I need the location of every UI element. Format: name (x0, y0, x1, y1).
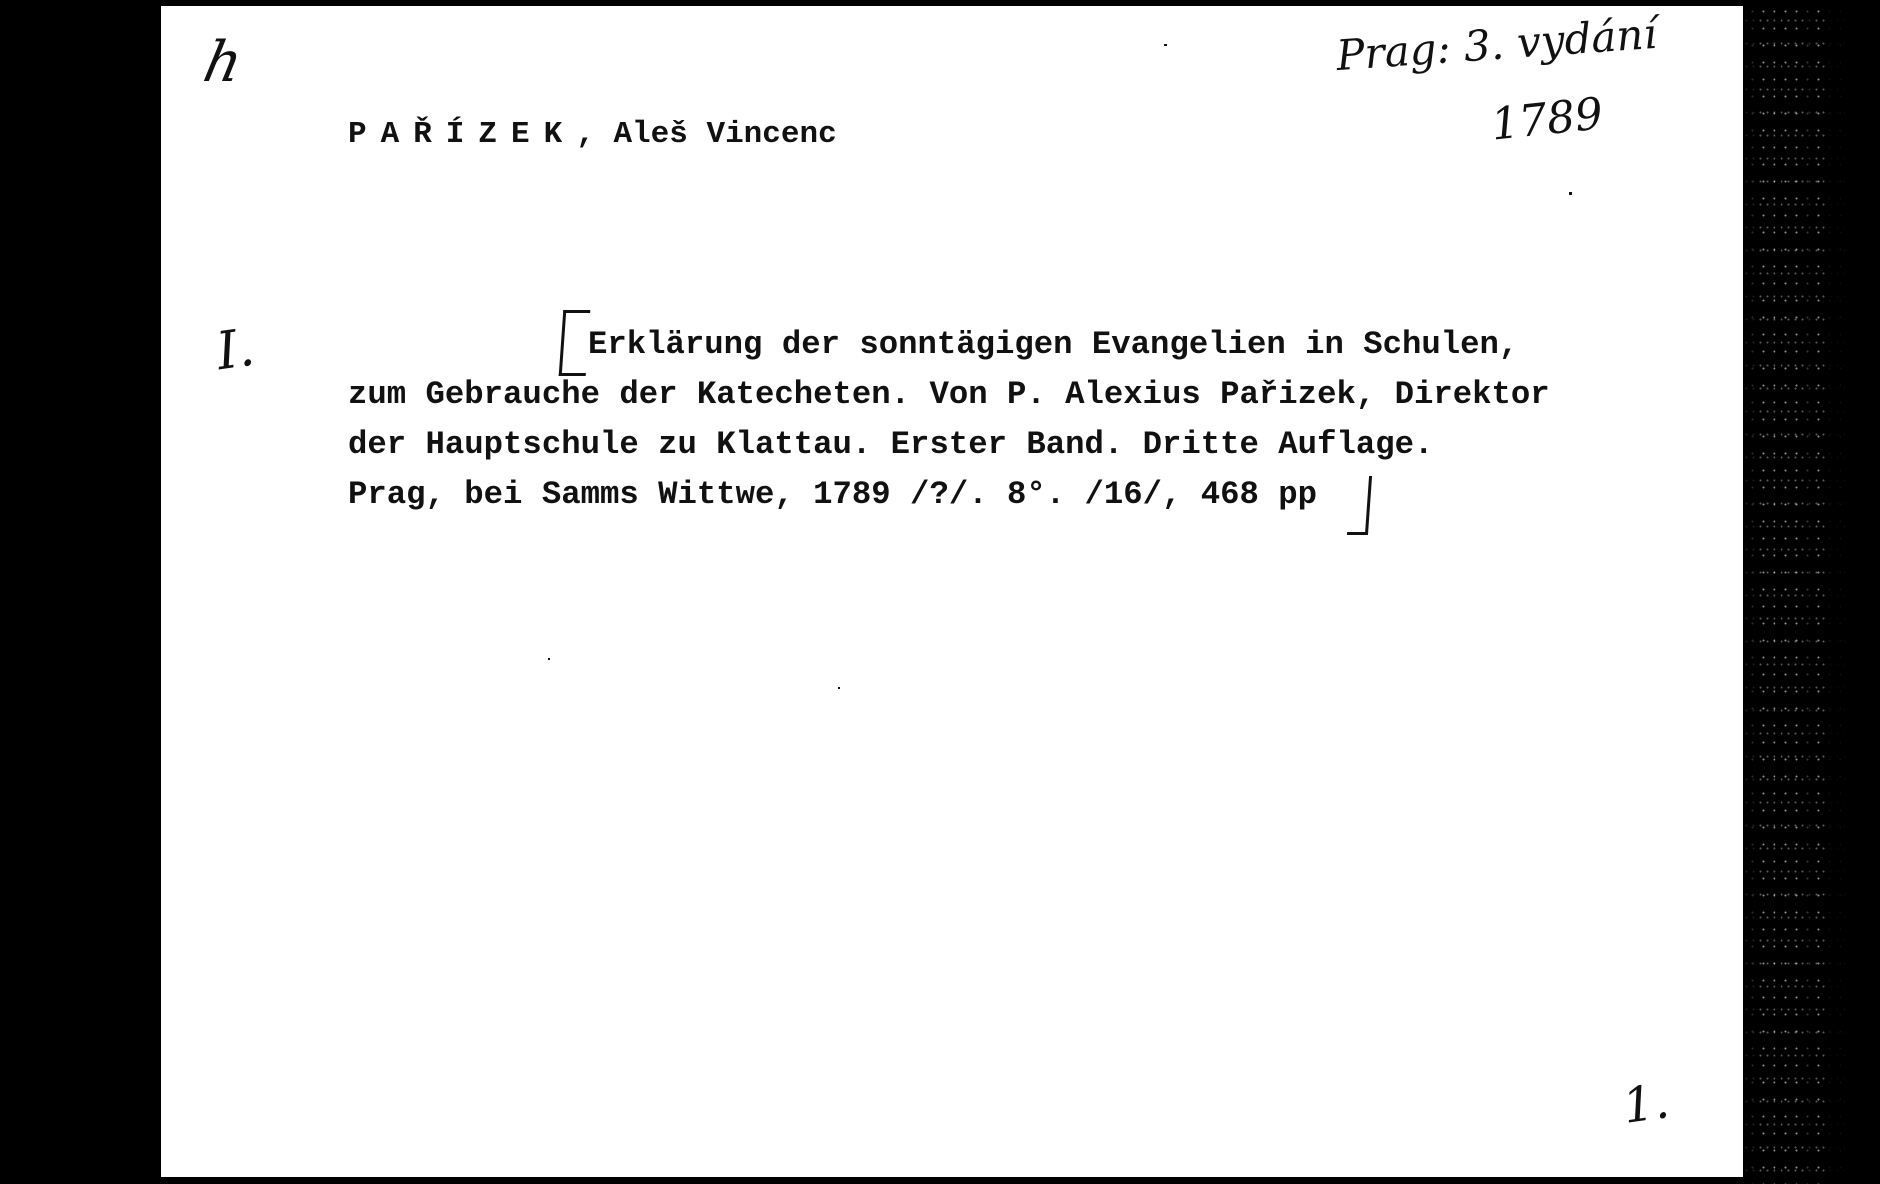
film-edge-mask (1745, 0, 1845, 1184)
author-surname: PAŘÍZEK (348, 117, 576, 152)
handwritten-section-mark: I. (213, 318, 258, 383)
handwritten-year-note: 1789 (1489, 88, 1606, 150)
author-given-names: Aleš Vincenc (613, 117, 836, 152)
heading-separator: , (576, 117, 595, 152)
close-bracket-mark (1347, 476, 1372, 535)
speck (548, 658, 550, 660)
speck (1569, 192, 1572, 195)
card-heading: PAŘÍZEK, Aleš Vincenc (348, 117, 837, 152)
handwritten-card-number: 1. (1619, 1073, 1672, 1135)
handwritten-edition-note: Prag: 3. vydání (1335, 11, 1659, 79)
title-line-2: zum Gebrauche der Katecheten. Von P. Ale… (348, 370, 1550, 420)
speck (1164, 44, 1167, 46)
catalog-card: h PAŘÍZEK, Aleš Vincenc Prag: 3. vydání … (161, 6, 1743, 1177)
handwritten-top-left-mark: h (198, 30, 248, 95)
film-edge-strip (1745, 0, 1845, 1184)
speck (838, 687, 840, 689)
imprint-line: Prag, bei Samms Wittwe, 1789 /?/. 8°. /1… (348, 470, 1317, 520)
microfilm-viewport: h PAŘÍZEK, Aleš Vincenc Prag: 3. vydání … (0, 0, 1880, 1184)
title-line-3: der Hauptschule zu Klattau. Erster Band.… (348, 420, 1433, 470)
title-line-1: Erklärung der sonntägigen Evangelien in … (588, 320, 1518, 370)
open-bracket-mark (559, 310, 591, 376)
